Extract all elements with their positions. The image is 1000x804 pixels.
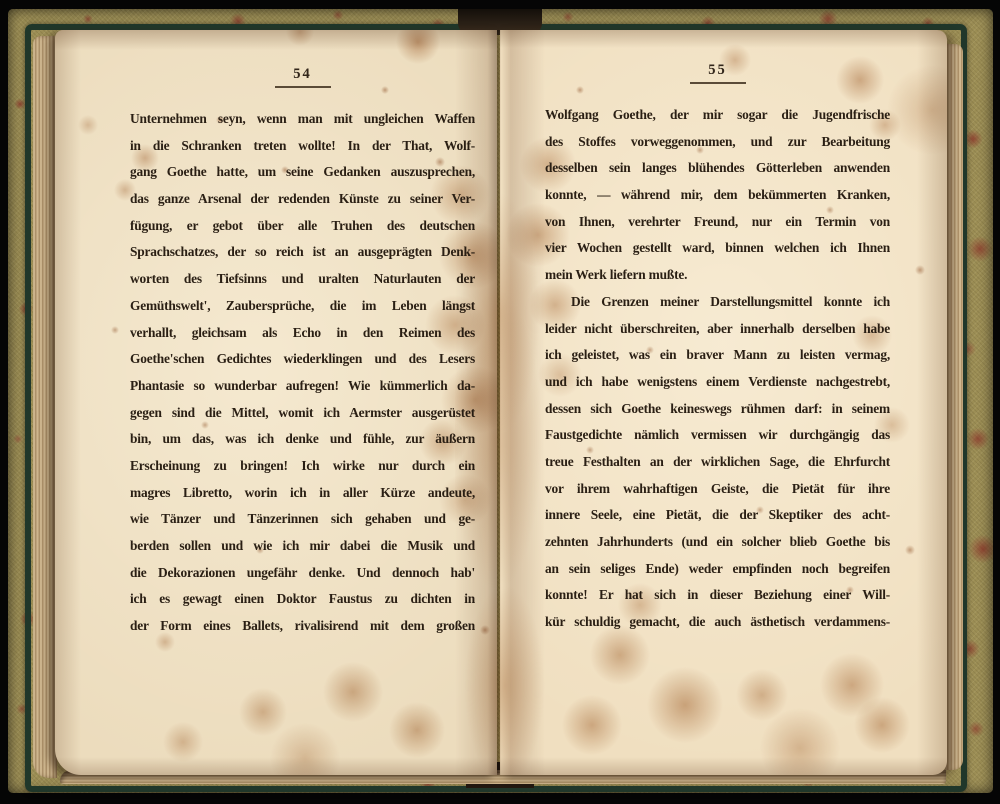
text-line: kür schuldig gemacht, die auch ästhetisc… [545,609,890,636]
text-line: dessen sich Goethe keineswegs rühmen dar… [545,396,890,423]
text-line: konnte! Er hat sich in dieser Beziehung … [545,582,890,609]
text-line: vor ihrem wahrhaftigen Geiste, die Pietä… [545,476,890,503]
text-line: und ich habe wenigstens einem Verdienste… [545,369,890,396]
page-number-rule [275,86,331,88]
text-line: magres Libretto, worin ich in aller Kürz… [130,480,475,507]
text-line: des Stoffes vorweggenommen, und zur Bear… [545,129,890,156]
text-line: ich es gewagt einen Doktor Faustus zu di… [130,586,475,613]
text-line: wie Tänzer und Tänzerinnen sich gehaben … [130,506,475,533]
text-line: ich geleistet, was ein braver Mann zu le… [545,342,890,369]
text-line: bin, um das, was ich denke und fühle, zu… [130,426,475,453]
text-line: worten des Tiefsinns und uralten Naturla… [130,266,475,293]
text-line: das ganze Arsenal der redenden Künste zu… [130,186,475,213]
text-line: der Form eines Ballets, rivalisirend mit… [130,613,475,640]
page-edges-left [33,36,57,778]
text-line: Goethe'schen Gedichtes wiederklingen und… [130,346,475,373]
page-number-label: 54 [293,66,312,82]
text-line-paragraph-end: mein Werk liefern mußte. [545,262,890,289]
text-line: an sein seliges Ende) weder empfinden no… [545,556,890,583]
text-line: Unternehmen seyn, wenn man mit ungleiche… [130,106,475,133]
text-line: Phantasie so wunderbar aufregen! Wie küm… [130,373,475,400]
page-edges-right [945,44,963,770]
text-line-paragraph-start: Die Grenzen meiner Darstellungsmittel ko… [545,289,890,316]
text-line: Erscheinung zu bringen! Ich wirke nur du… [130,453,475,480]
book-scan-photo: 54 55 Unternehmen seyn, wenn man mit ung… [0,0,1000,804]
text-line: von Ihnen, verehrter Freund, nur ein Ter… [545,209,890,236]
text-line: berden sollen und wie ich mir dabei die … [130,533,475,560]
text-line: die Dekorazionen ungefähr denke. Und den… [130,560,475,587]
text-line: leider nicht überschreiten, aber innerha… [545,316,890,343]
page-number-label: 55 [708,62,727,78]
text-line: in die Schranken treten wollte! In der T… [130,133,475,160]
text-line: zehnten Jahrhunderts (und ein solcher bl… [545,529,890,556]
page-number-right: 55 [545,62,890,84]
text-line: verhallt, gleichsam als Echo in den Reim… [130,320,475,347]
text-line: innere Seele, eine Pietät, die der Skept… [545,502,890,529]
text-line: gang Goethe hatte, um seine Gedanken aus… [130,159,475,186]
page-number-rule [690,82,746,84]
text-line: vier Wochen gestellt ward, binnen welche… [545,235,890,262]
text-line: Faustgedichte nämlich vermissen wir durc… [545,422,890,449]
text-line: Wolfgang Goethe, der mir sogar die Jugen… [545,102,890,129]
text-line: treue Festhalten an der wirklichen Sage,… [545,449,890,476]
text-line: Sprachschatzes, der so reich ist an ausg… [130,239,475,266]
left-page-text: Unternehmen seyn, wenn man mit ungleiche… [130,106,475,640]
text-line: desselben sein langes blühendes Götterle… [545,155,890,182]
right-page-text: Wolfgang Goethe, der mir sogar die Jugen… [545,102,890,636]
text-line: gegen sind die Mittel, womit ich Aermste… [130,400,475,427]
page-number-left: 54 [130,66,475,88]
text-line: konnte, — während mir, dem bekümmerten K… [545,182,890,209]
text-line: Gemüthswelt', Zaubersprüche, die im Lebe… [130,293,475,320]
text-line: fügung, er gebot über alle Truhen des de… [130,213,475,240]
